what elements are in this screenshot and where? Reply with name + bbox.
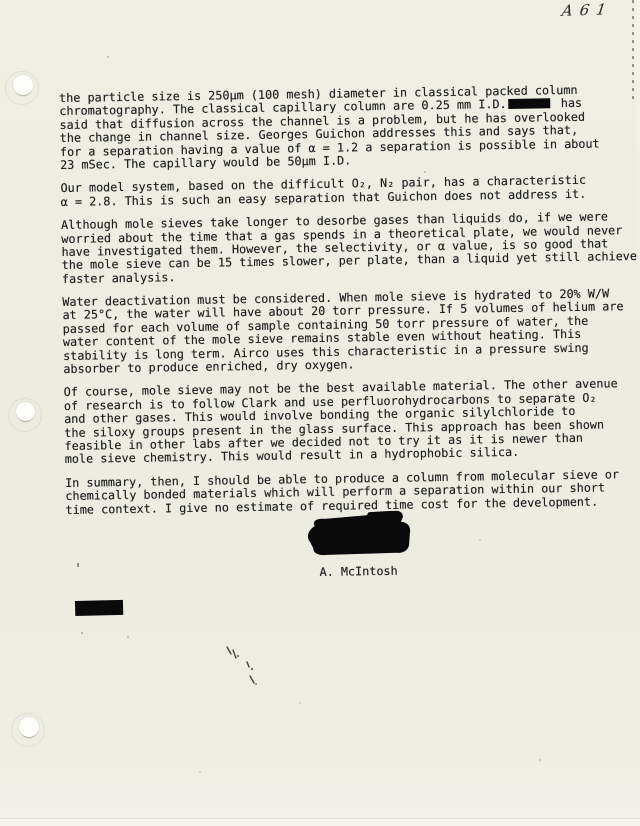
paragraph: Water deactivation must be considered. W… — [62, 287, 640, 377]
document-body: the particle size is 250μm (100 mesh) di… — [59, 83, 640, 527]
inline-redaction-bar — [509, 99, 551, 110]
signature-redaction-block — [305, 510, 416, 557]
paragraph: Of course, mole sieve may not be the bes… — [64, 377, 640, 467]
punch-hole-middle — [16, 402, 35, 421]
paragraph: the particle size is 250μm (100 mesh) di… — [59, 83, 640, 173]
scan-edge-bottom — [0, 818, 640, 826]
paragraph: Although mole sieves take longer to deso… — [61, 210, 640, 286]
footer-redaction-bar — [75, 600, 123, 616]
paragraph: Our model system, based on the difficult… — [60, 173, 640, 209]
punch-hole-bottom — [19, 717, 39, 737]
handwritten-annotation: A61 — [561, 0, 614, 20]
signature-name: A. McIntosh — [319, 565, 397, 580]
paragraphs-container: the particle size is 250μm (100 mesh) di… — [59, 83, 640, 517]
paragraph: In summary, then, I should be able to pr… — [65, 468, 640, 517]
scanned-document-page: A61 the particle size is 250μm (100 mesh… — [0, 0, 640, 826]
punch-hole-top — [13, 75, 33, 95]
